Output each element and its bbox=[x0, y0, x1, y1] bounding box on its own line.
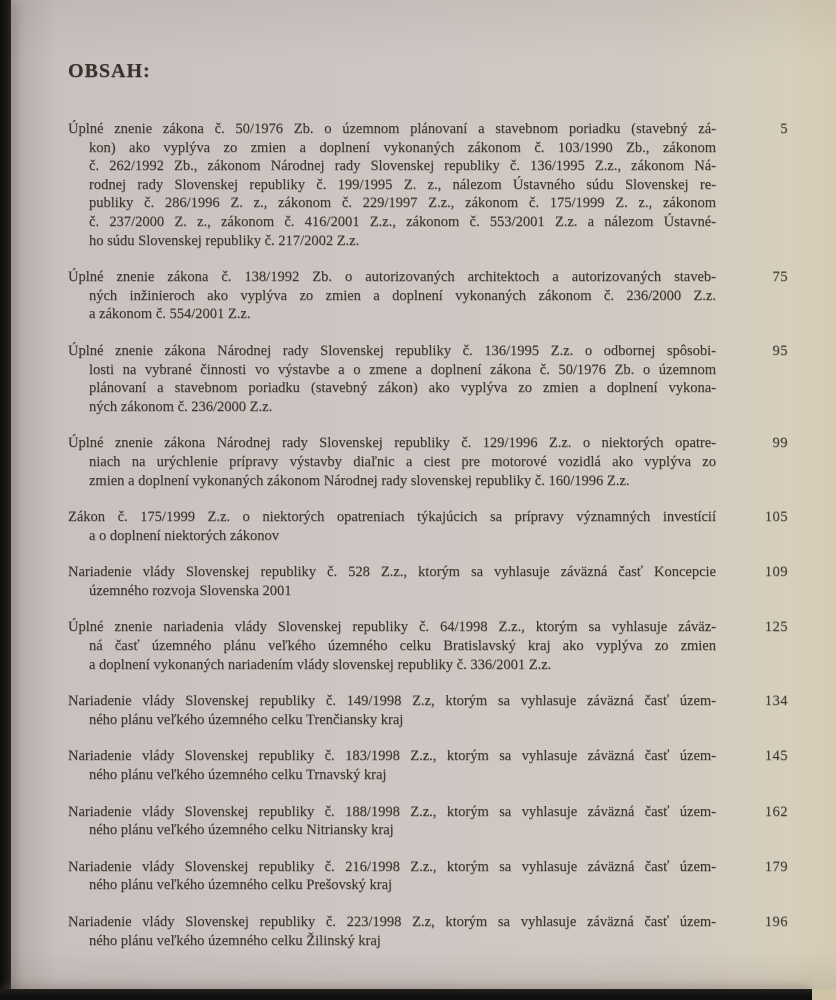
toc-entry: Úplné znenie nariadenia vlády Slovenskej… bbox=[68, 618, 788, 674]
toc-entry-line: rodnej rady Slovenskej republiky č. 199/… bbox=[68, 176, 716, 195]
toc-entry-line: losti na vybrané činnosti vo výstavbe a … bbox=[68, 361, 716, 380]
toc-entry: Nariadenie vlády Slovenskej republiky č.… bbox=[68, 563, 788, 600]
toc-entry-line: Nariadenie vlády Slovenskej republiky č.… bbox=[68, 913, 716, 932]
toc-entry-page: 196 bbox=[716, 913, 788, 932]
toc-entry-page: 5 bbox=[716, 120, 788, 139]
toc-entry: Úplné znenie zákona Národnej rady Sloven… bbox=[68, 342, 788, 416]
toc-entry: Úplné znenie zákona Národnej rady Sloven… bbox=[68, 434, 788, 490]
toc-entry: Úplné znenie zákona č. 50/1976 Zb. o úze… bbox=[68, 120, 788, 250]
toc-entry-line: a doplnení vykonaných nariadením vlády s… bbox=[68, 656, 716, 675]
toc-entry-page: 95 bbox=[716, 342, 788, 361]
toc-entry-line: Úplné znenie nariadenia vlády Slovenskej… bbox=[68, 618, 716, 637]
toc-entry-line: ného plánu veľkého územného celku Žilins… bbox=[68, 932, 716, 951]
toc-entry-page: 109 bbox=[716, 563, 788, 582]
toc-entry-text: Nariadenie vlády Slovenskej republiky č.… bbox=[68, 913, 716, 950]
toc-entry-line: ného plánu veľkého územného celku Trenči… bbox=[68, 711, 716, 730]
toc-entry-page: 99 bbox=[716, 434, 788, 453]
toc-entry: Úplné znenie zákona č. 138/1992 Zb. o au… bbox=[68, 268, 788, 324]
toc-entry: Nariadenie vlády Slovenskej republiky č.… bbox=[68, 803, 788, 840]
toc-entry-line: č. 262/1992 Zb., zákonom Národnej rady S… bbox=[68, 157, 716, 176]
toc-entry-line: kon) ako vyplýva zo zmien a doplnení vyk… bbox=[68, 139, 716, 158]
toc-entry-line: Nariadenie vlády Slovenskej republiky č.… bbox=[68, 563, 716, 582]
toc-entry-line: a zákonom č. 554/2001 Z.z. bbox=[68, 305, 716, 324]
toc-entry-text: Úplné znenie nariadenia vlády Slovenskej… bbox=[68, 618, 716, 674]
toc-entry-page: 162 bbox=[716, 803, 788, 822]
toc-entry-line: Zákon č. 175/1999 Z.z. o niektorých opat… bbox=[68, 508, 716, 527]
toc-entry-page: 145 bbox=[716, 747, 788, 766]
toc-entry-line: Úplné znenie zákona č. 138/1992 Zb. o au… bbox=[68, 268, 716, 287]
toc-entry: Nariadenie vlády Slovenskej republiky č.… bbox=[68, 692, 788, 729]
toc-entry-text: Nariadenie vlády Slovenskej republiky č.… bbox=[68, 563, 716, 600]
toc-entry-line: ná časť územného plánu veľkého územného … bbox=[68, 637, 716, 656]
toc-entry-text: Nariadenie vlády Slovenskej republiky č.… bbox=[68, 803, 716, 840]
toc-entry-line: Nariadenie vlády Slovenskej republiky č.… bbox=[68, 803, 716, 822]
toc-entry-text: Úplné znenie zákona Národnej rady Sloven… bbox=[68, 434, 716, 490]
toc-entry-line: niach na urýchlenie prípravy výstavby di… bbox=[68, 453, 716, 472]
toc-entry-page: 105 bbox=[716, 508, 788, 527]
toc-entry-line: a o doplnení niektorých zákonov bbox=[68, 527, 716, 546]
toc-entry-text: Úplné znenie zákona Národnej rady Sloven… bbox=[68, 342, 716, 416]
scan-left-edge-bar bbox=[0, 0, 11, 1000]
toc-entry-line: plánovaní a stavebnom poriadku (stavebný… bbox=[68, 379, 716, 398]
toc-entry: Nariadenie vlády Slovenskej republiky č.… bbox=[68, 858, 788, 895]
toc-entry-line: publiky č. 286/1996 Z. z., zákonom č. 22… bbox=[68, 194, 716, 213]
toc-entry-text: Zákon č. 175/1999 Z.z. o niektorých opat… bbox=[68, 508, 716, 545]
toc-entry-line: ných zákonom č. 236/2000 Z.z. bbox=[68, 398, 716, 417]
toc-entry-line: Úplné znenie zákona Národnej rady Sloven… bbox=[68, 434, 716, 453]
toc-entry-line: Úplné znenie zákona č. 50/1976 Zb. o úze… bbox=[68, 120, 716, 139]
toc-entry-line: územného rozvoja Slovenska 2001 bbox=[68, 582, 716, 601]
toc-entry: Nariadenie vlády Slovenskej republiky č.… bbox=[68, 913, 788, 950]
toc-entry-page: 134 bbox=[716, 692, 788, 711]
toc-entry-line: Úplné znenie zákona Národnej rady Sloven… bbox=[68, 342, 716, 361]
toc-entry-line: zmien a doplnení vykonaných zákonom Náro… bbox=[68, 472, 716, 491]
toc-entry-text: Úplné znenie zákona č. 138/1992 Zb. o au… bbox=[68, 268, 716, 324]
toc-entry-page: 179 bbox=[716, 858, 788, 877]
page-title: OBSAH: bbox=[68, 60, 151, 83]
toc: Úplné znenie zákona č. 50/1976 Zb. o úze… bbox=[68, 120, 788, 950]
toc-entry-line: Nariadenie vlády Slovenskej republiky č.… bbox=[68, 858, 716, 877]
toc-entry-line: ného plánu veľkého územného celku Trnavs… bbox=[68, 766, 716, 785]
toc-entry-line: ného plánu veľkého územného celku Nitria… bbox=[68, 821, 716, 840]
toc-entry-text: Nariadenie vlády Slovenskej republiky č.… bbox=[68, 858, 716, 895]
toc-entry-text: Nariadenie vlády Slovenskej republiky č.… bbox=[68, 747, 716, 784]
scan-bottom-right-corner bbox=[812, 989, 836, 1000]
toc-entry-line: ného plánu veľkého územného celku Prešov… bbox=[68, 876, 716, 895]
toc-entry: Nariadenie vlády Slovenskej republiky č.… bbox=[68, 747, 788, 784]
scan-bottom-edge-bar bbox=[0, 989, 812, 1000]
toc-entry-text: Úplné znenie zákona č. 50/1976 Zb. o úze… bbox=[68, 120, 716, 250]
toc-entry-page: 125 bbox=[716, 618, 788, 637]
toc-entry-text: Nariadenie vlády Slovenskej republiky č.… bbox=[68, 692, 716, 729]
toc-entry-line: č. 237/2000 Z. z., zákonom č. 416/2001 Z… bbox=[68, 213, 716, 232]
toc-entry-line: Nariadenie vlády Slovenskej republiky č.… bbox=[68, 692, 716, 711]
toc-entry-page: 75 bbox=[716, 268, 788, 287]
toc-entry-line: Nariadenie vlády Slovenskej republiky č.… bbox=[68, 747, 716, 766]
toc-entry: Zákon č. 175/1999 Z.z. o niektorých opat… bbox=[68, 508, 788, 545]
toc-entry-line: ných inžinieroch ako vyplýva zo zmien a … bbox=[68, 287, 716, 306]
toc-entry-line: ho súdu Slovenskej republiky č. 217/2002… bbox=[68, 232, 716, 251]
